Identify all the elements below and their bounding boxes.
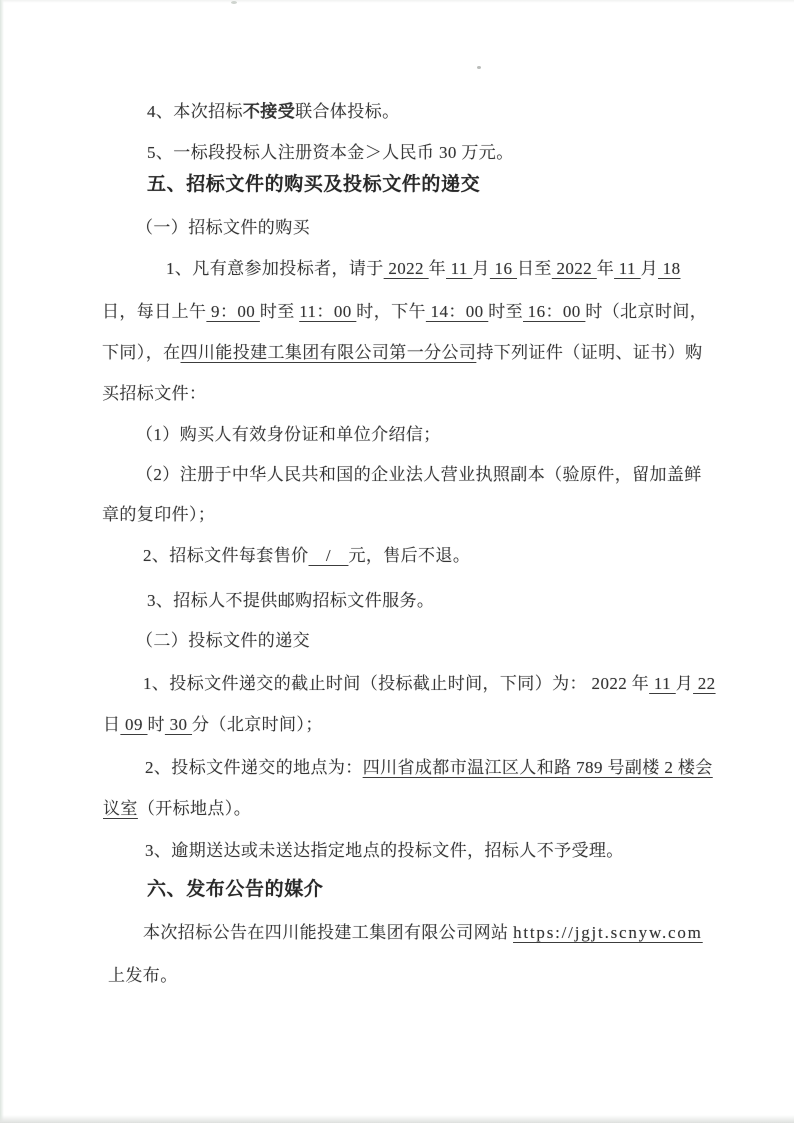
- text-line: （2）注册于中华人民共和国的企业法人营业执照副本（验原件，留加盖鲜: [136, 463, 702, 486]
- underlined-fill-in-text: /: [309, 546, 349, 565]
- underlined-fill-in-text: 11：00: [299, 302, 356, 321]
- text-run: 月: [676, 674, 693, 693]
- scan-edge-left: [0, 0, 4, 1123]
- text-run: 3、招标人不提供邮购招标文件服务。: [147, 591, 434, 610]
- underlined-fill-in-text: 四川能投建工集团有限公司第一分公司: [181, 343, 477, 362]
- section-heading: 六、发布公告的媒介: [147, 878, 323, 901]
- text-run: 五、招标文件的购买及投标文件的递交: [147, 174, 480, 195]
- text-line: （一）招标文件的购买: [136, 216, 310, 239]
- text-run: 下同），在: [102, 343, 181, 362]
- text-line: 日，每日上午 9：00 时至 11：00 时，下午 14：00 时至 16：00…: [102, 300, 707, 323]
- text-line: 上发布。: [108, 964, 178, 987]
- text-run: （2）注册于中华人民共和国的企业法人营业执照副本（验原件，留加盖鲜: [136, 465, 702, 484]
- underlined-fill-in-text: 议室: [103, 799, 138, 818]
- text-run: 1、凡有意参加投标者，请于: [166, 259, 384, 278]
- text-run: 日，每日上午: [102, 302, 206, 321]
- scan-edge-top: [0, 0, 794, 3]
- underlined-fill-in-text: 30: [165, 715, 192, 734]
- text-run: 1、投标文件递交的截止时间（投标截止时间，下同）为： 2022 年: [143, 674, 649, 693]
- text-run: 月: [473, 259, 490, 278]
- underlined-fill-in-text: 16: [490, 259, 517, 278]
- underlined-fill-in-text: 14：00: [426, 302, 488, 321]
- text-run: 分（北京时间）；: [192, 715, 323, 734]
- text-run: 时至: [488, 302, 523, 321]
- underlined-fill-in-text: 2022: [552, 259, 597, 278]
- scan-speck: [231, 1, 237, 4]
- underlined-fill-in-text: 2022: [384, 259, 429, 278]
- text-run: 年: [597, 259, 614, 278]
- text-run: （开标地点）。: [138, 799, 251, 818]
- text-run: 年: [429, 259, 446, 278]
- underlined-fill-in-text: 9：00: [206, 302, 259, 321]
- text-line: 本次招标公告在四川能投建工集团有限公司网站 https://jgjt.scnyw…: [143, 921, 703, 944]
- scan-speck: [477, 66, 481, 69]
- text-line: 章的复印件）；: [102, 503, 215, 526]
- text-run: （二）投标文件的递交: [136, 631, 310, 650]
- text-run: （一）招标文件的购买: [136, 218, 310, 237]
- underlined-fill-in-text: 11: [446, 259, 472, 278]
- text-line: （1）购买人有效身份证和单位介绍信；: [136, 423, 441, 446]
- website-url-text: https://jgjt.scnyw.com: [513, 923, 703, 942]
- text-run: 本次招标公告在四川能投建工集团有限公司网站: [143, 923, 513, 942]
- text-run: 时（北京时间，: [585, 302, 707, 321]
- underlined-fill-in-text: 11: [649, 674, 675, 693]
- text-run: 时，下午: [356, 302, 426, 321]
- text-line: 5、一标段投标人注册资本金＞人民币 30 万元。: [147, 141, 514, 164]
- text-run: 时至: [260, 302, 299, 321]
- text-run: 2、招标文件每套售价: [143, 546, 309, 565]
- text-line: 3、逾期送达或未送达指定地点的投标文件，招标人不予受理。: [145, 839, 624, 862]
- text-line: 日 09 时 30 分（北京时间）；: [103, 713, 323, 736]
- text-line: 4、本次招标不接受联合体投标。: [147, 100, 400, 123]
- text-run: 上发布。: [108, 966, 178, 985]
- text-run: 日至: [517, 259, 552, 278]
- underlined-fill-in-text: 18: [658, 259, 680, 278]
- text-run: 月: [641, 259, 658, 278]
- text-run: 5、一标段投标人注册资本金＞人民币 30 万元。: [147, 143, 514, 162]
- text-run: 持下列证件（证明、证书）购: [476, 343, 702, 362]
- text-line: 2、投标文件递交的地点为：四川省成都市温江区人和路 789 号副楼 2 楼会: [145, 756, 713, 779]
- text-line: 2、招标文件每套售价 / 元，售后不退。: [143, 544, 470, 567]
- text-run: 3、逾期送达或未送达指定地点的投标文件，招标人不予受理。: [145, 841, 624, 860]
- underlined-fill-in-text: 四川省成都市温江区人和路 789 号副楼 2 楼会: [363, 758, 713, 777]
- scan-edge-bottom: [0, 1115, 794, 1123]
- text-line: 1、投标文件递交的截止时间（投标截止时间，下同）为： 2022 年 11 月 2…: [143, 672, 716, 695]
- text-run: 时: [148, 715, 165, 734]
- text-line: （二）投标文件的递交: [136, 629, 310, 652]
- text-line: 买招标文件：: [102, 382, 206, 405]
- text-line: 3、招标人不提供邮购招标文件服务。: [147, 589, 434, 612]
- text-run: （1）购买人有效身份证和单位介绍信；: [136, 425, 441, 444]
- underlined-fill-in-text: 16：00: [523, 302, 585, 321]
- text-line: 议室（开标地点）。: [103, 797, 251, 820]
- underlined-fill-in-text: 11: [614, 259, 640, 278]
- text-run: 章的复印件）；: [102, 505, 215, 524]
- text-run: 联合体投标。: [295, 102, 399, 121]
- bold-emphasis-text: 不接受: [243, 102, 295, 121]
- text-run: 买招标文件：: [102, 384, 206, 403]
- document-page: 4、本次招标不接受联合体投标。5、一标段投标人注册资本金＞人民币 30 万元。五…: [0, 0, 794, 1123]
- text-line: 下同），在四川能投建工集团有限公司第一分公司持下列证件（证明、证书）购: [102, 341, 703, 364]
- text-run: 六、发布公告的媒介: [147, 879, 323, 900]
- text-run: 元，售后不退。: [348, 546, 470, 565]
- text-line: 1、凡有意参加投标者，请于 2022 年 11 月 16 日至 2022 年 1…: [166, 257, 680, 280]
- text-run: 日: [103, 715, 120, 734]
- section-heading: 五、招标文件的购买及投标文件的递交: [147, 173, 480, 196]
- text-run: 4、本次招标: [147, 102, 243, 121]
- underlined-fill-in-text: 09: [120, 715, 147, 734]
- text-run: 2、投标文件递交的地点为：: [145, 758, 363, 777]
- underlined-fill-in-text: 22: [693, 674, 715, 693]
